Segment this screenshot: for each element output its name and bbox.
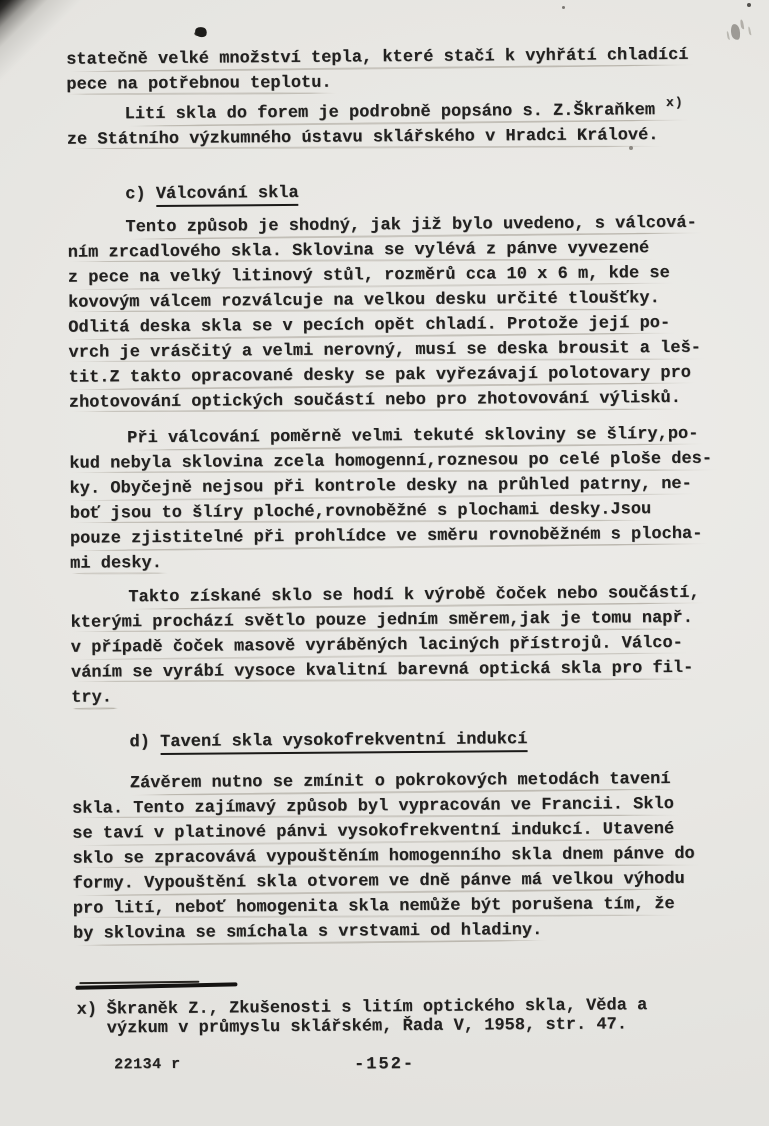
text-line: váním se vyrábí vysoce kvalitní barevná … (71, 656, 693, 686)
page-number: -152- (354, 1052, 415, 1077)
footnote-text: Škraněk Z., Zkušenosti s litím optického… (107, 996, 648, 1038)
paragraph-intro: statečně velké množství tepla, které sta… (66, 42, 769, 98)
heading-title: Válcování skla (156, 184, 299, 207)
archive-code: 22134 r (114, 1052, 181, 1078)
footnote-separator-rule (75, 982, 237, 990)
text-line: výzkum v průmyslu sklářském, Řada V, 195… (107, 1015, 627, 1038)
section-heading-c: c) Válcování skla (125, 181, 299, 207)
footnote-marker-superscript: x) (666, 95, 684, 110)
page-footer: 22134 r -152- (74, 1045, 769, 1077)
typewritten-text-block: statečně velké množství tepla, které sta… (0, 0, 769, 1077)
heading-prefix: d) (129, 733, 160, 752)
text-line: pro lití, neboť homogenita skla nemůže b… (73, 892, 675, 922)
paragraph-valcovani-1: Tento způsob je shodný, jak již bylo uve… (67, 210, 769, 416)
paragraph-valcovani-2: Při válcování poměrně velmi tekuté sklov… (69, 421, 769, 577)
paragraph-valcovani-3: Takto získané sklo se hodí k výrobě čoče… (70, 580, 769, 711)
paragraph-reference: Lití skla do forem je podrobně popsáno s… (66, 97, 769, 153)
text-line: mi desky. (70, 551, 162, 577)
text-line: pouze zjistitelné při prohlídce ve směru… (70, 522, 703, 552)
scanned-document-page: statečně velké množství tepla, které sta… (0, 0, 769, 1126)
footnote: x) Škraněk Z., Zkušenosti s litím optick… (74, 995, 769, 1039)
text-line: by sklovina se smíchala s vrstvami od hl… (73, 918, 542, 947)
section-heading-d: d) Tavení skla vysokofrekventní indukcí (129, 727, 527, 755)
heading-title: Tavení skla vysokofrekventní indukcí (160, 730, 527, 755)
text-line: ze Státního výzkumného ústavu sklářského… (67, 123, 659, 153)
text-line: zhotovování optických součástí nebo pro … (69, 386, 681, 416)
footnote-marker: x) (77, 1000, 107, 1038)
text-line: statečně velké množství tepla, které sta… (66, 43, 688, 73)
heading-prefix: c) (125, 185, 156, 204)
text-line: pece na potřebnou teplotu. (66, 71, 331, 98)
paragraph-taveni: Závěrem nutno se zmínit o pokrokových me… (72, 766, 769, 947)
text-run: Lití skla do forem je podrobně popsáno s… (125, 101, 656, 124)
text-line: try. (71, 685, 112, 710)
